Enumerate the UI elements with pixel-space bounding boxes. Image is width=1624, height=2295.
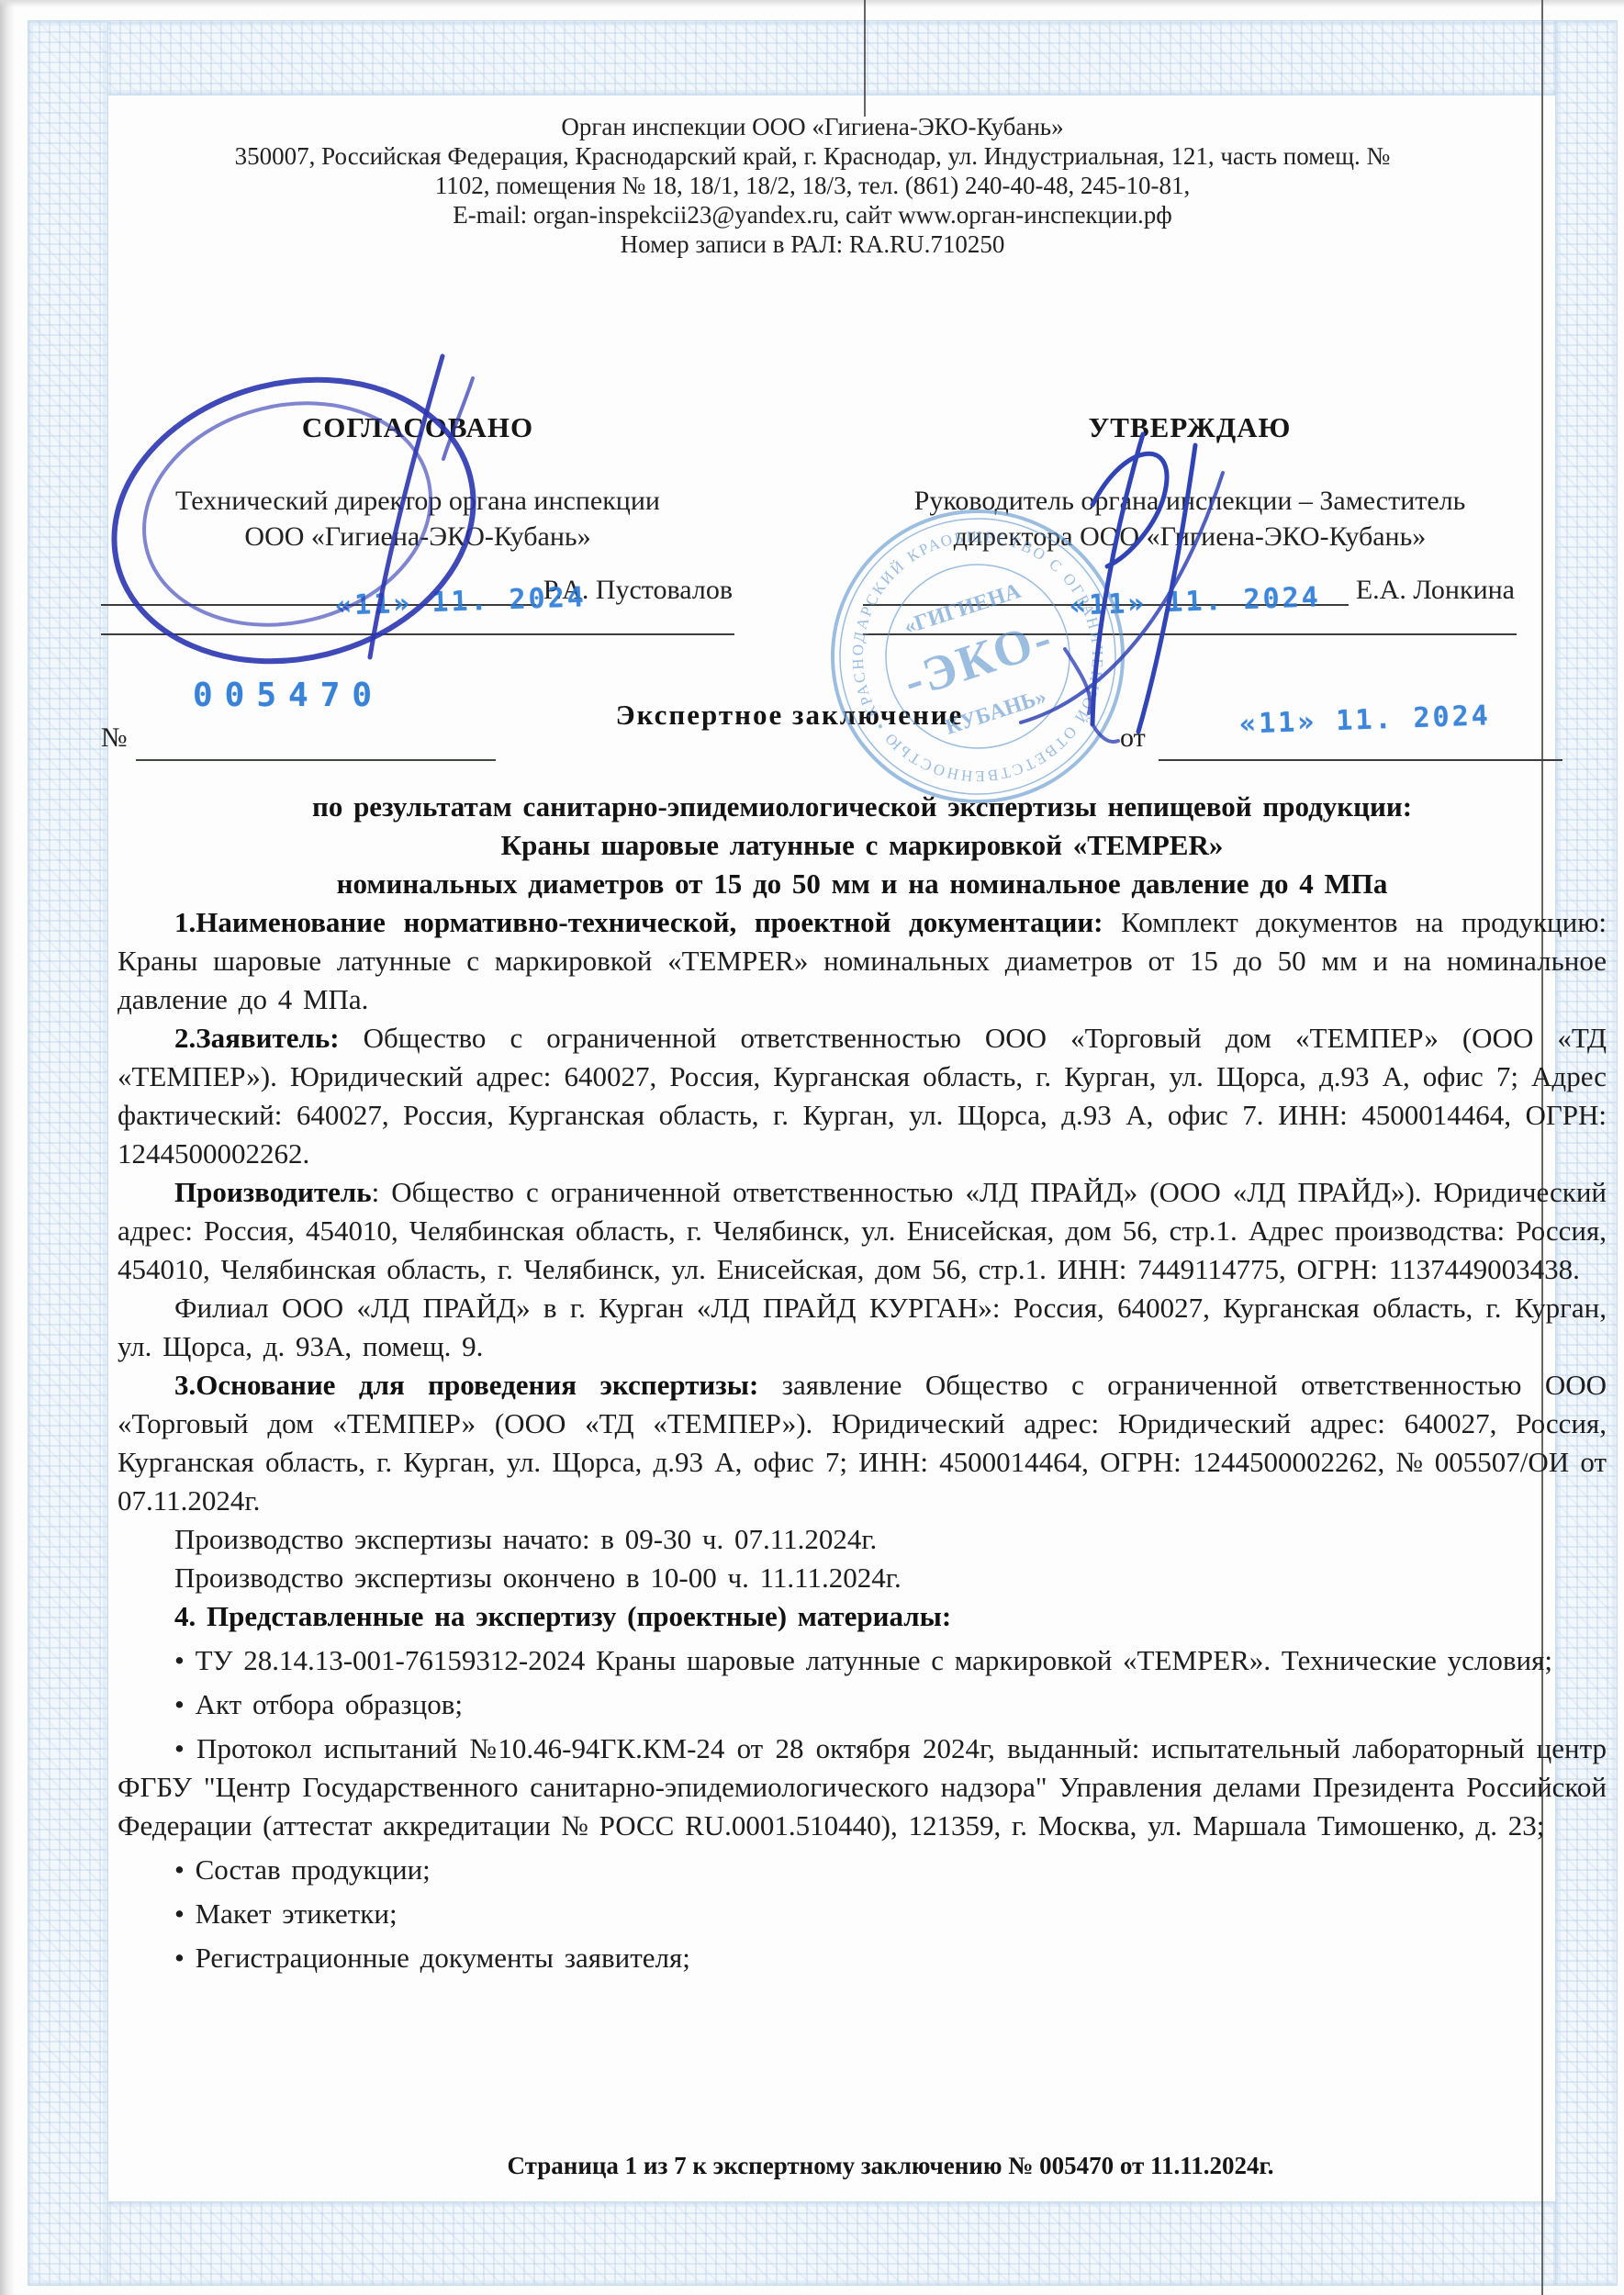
approval-block-left: СОГЛАСОВАНО Технический директор органа … xyxy=(101,411,734,635)
approved-heading: УТВЕРЖДАЮ xyxy=(863,411,1517,444)
paragraph-finished: Производство экспертизы окончено в 10-00… xyxy=(118,1559,1607,1597)
org-registry-number: Номер записи в РАЛ: RA.RU.710250 xyxy=(119,229,1506,259)
guilloche-border-top xyxy=(28,20,1601,95)
section-3-heading: 3.Основание для проведения экспертизы: xyxy=(174,1369,758,1401)
guilloche-border-bottom xyxy=(28,2201,1601,2286)
from-date-line xyxy=(1159,759,1562,761)
list-item: • Акт отбора образцов; xyxy=(118,1685,1607,1724)
letterhead: Орган инспекции ООО «Гигиена-ЭКО-Кубань»… xyxy=(119,112,1506,259)
scanned-document-page: Орган инспекции ООО «Гигиена-ЭКО-Кубань»… xyxy=(0,0,1624,2295)
section-1-heading: 1.Наименование нормативно-технической, п… xyxy=(174,906,1103,938)
manufacturer-heading: Производитель xyxy=(174,1176,372,1208)
org-address-2: 1102, помещения № 18, 18/1, 18/2, 18/3, … xyxy=(119,171,1506,200)
paragraph-started: Производство экспертизы начато: в 09-30 … xyxy=(118,1520,1607,1559)
scan-edge-shadow xyxy=(0,0,15,2295)
agreed-role-line1: Технический директор органа инспекции xyxy=(101,483,734,519)
paragraph-manufacturer: Производитель: Общество с ограниченной о… xyxy=(118,1173,1607,1289)
paragraph-applicant: 2.Заявитель: Общество с ограниченной отв… xyxy=(118,1019,1607,1173)
from-label: от xyxy=(1120,722,1146,754)
section-2-text: Общество с ограниченной ответственностью… xyxy=(118,1022,1607,1170)
agreed-role-line2: ООО «Гигиена-ЭКО-Кубань» xyxy=(101,519,734,554)
list-item: • ТУ 28.14.13-001-76159312-2024 Краны ша… xyxy=(118,1641,1607,1680)
org-name: Орган инспекции ООО «Гигиена-ЭКО-Кубань» xyxy=(119,112,1506,141)
document-number-stamp: 005470 xyxy=(193,677,384,714)
scan-edge-shadow-top xyxy=(0,0,1624,7)
list-item: • Состав продукции; xyxy=(118,1851,1607,1889)
approval-block-right: УТВЕРЖДАЮ Руководитель органа инспекции … xyxy=(863,411,1517,635)
branch-text: Филиал ООО «ЛД ПРАЙД» в г. Курган «ЛД ПР… xyxy=(118,1292,1607,1362)
number-label: № xyxy=(101,722,128,754)
date-stamp: «11» 11. 2024 xyxy=(1238,700,1491,741)
document-title: Экспертное заключение xyxy=(487,699,1092,732)
list-item: • Протокол испытаний №10.46-94ГК.КМ-24 о… xyxy=(118,1730,1607,1845)
document-title-row: № 005470 Экспертное заключение от «11» 1… xyxy=(101,675,1542,780)
page-footer: Страница 1 из 7 к экспертному заключению… xyxy=(220,2152,1561,2180)
org-contacts: E-mail: organ-inspekcii23@yandex.ru, сай… xyxy=(119,200,1506,229)
approved-role-line2: директора ООО «Гигиена-ЭКО-Кубань» xyxy=(863,519,1517,554)
list-item: • Макет этикетки; xyxy=(118,1895,1607,1933)
subject-line-3: номинальных диаметров от 15 до 50 мм и н… xyxy=(118,865,1607,903)
guilloche-border-left xyxy=(28,20,108,2286)
subject-line-1: по результатам санитарно-эпидемиологичес… xyxy=(118,788,1607,826)
date-line: «11» 11. 2024 xyxy=(101,630,734,635)
date-line: «11» 11. 2024 xyxy=(863,630,1517,635)
org-address-1: 350007, Российская Федерация, Краснодарс… xyxy=(119,141,1506,171)
section-4-heading: 4. Представленные на экспертизу (проектн… xyxy=(118,1597,1607,1636)
subject-line-2: Краны шаровые латунные с маркировкой «TE… xyxy=(118,826,1607,865)
list-item: • Регистрационные документы заявителя; xyxy=(118,1939,1607,1977)
document-body: по результатам санитарно-эпидемиологичес… xyxy=(118,788,1607,1983)
agreed-heading: СОГЛАСОВАНО xyxy=(101,411,734,444)
paragraph-documentation: 1.Наименование нормативно-технической, п… xyxy=(118,903,1607,1019)
approved-signer-name: Е.А. Лонкина xyxy=(1349,575,1517,606)
section-2-heading: 2.Заявитель: xyxy=(174,1022,340,1054)
number-line xyxy=(136,759,496,761)
paragraph-branch: Филиал ООО «ЛД ПРАЙД» в г. Курган «ЛД ПР… xyxy=(118,1289,1607,1366)
approved-role-line1: Руководитель органа инспекции – Заместит… xyxy=(863,483,1517,519)
paragraph-basis: 3.Основание для проведения экспертизы: з… xyxy=(118,1366,1607,1520)
scan-fold-line-top xyxy=(864,0,866,117)
